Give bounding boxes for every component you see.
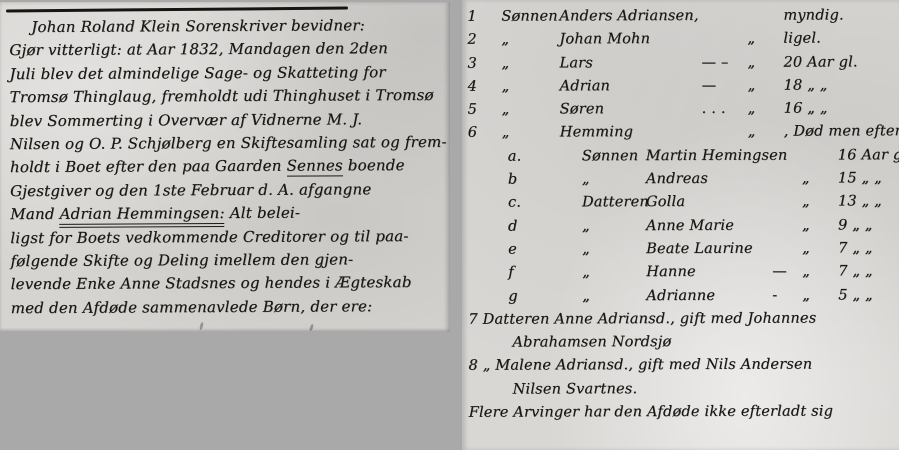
dash-mark (772, 238, 802, 261)
heirs-list: 1SønnenAnders Adriansen,myndig. 2„Johan … (462, 4, 899, 425)
prose-text: Nilsen Svartnes. (463, 378, 638, 402)
dash-mark (772, 144, 802, 167)
age-value: 18 „ „ (784, 74, 899, 98)
heir-name: Adrian (560, 75, 702, 99)
heir-row: 6„Hemming„, Død men efterladt sig: (462, 121, 899, 146)
kinship-label: Sønnen (582, 145, 646, 169)
row-letter: d (462, 215, 582, 239)
row-number: 6 (462, 122, 502, 145)
ditto-mark: „ (802, 284, 838, 307)
line-segment: holdt i Boet efter den paa Gaarden (10, 157, 287, 176)
row-letter: f (462, 262, 582, 286)
right-manuscript-page: 1SønnenAnders Adriansen,myndig. 2„Johan … (462, 0, 899, 450)
prose-text: Flere Arvinger har den Afdøde ikke efter… (463, 401, 834, 426)
underlined-person-name: Adrian Hemmingsen: (60, 204, 225, 228)
heir-name: Johan Mohn (559, 28, 701, 52)
kinship-label: „ (582, 238, 646, 262)
left-page-text: Johan Roland Klein Sorenskriver bevidner… (0, 14, 447, 320)
row-letter: a. (462, 145, 582, 169)
dash-mark (701, 5, 747, 28)
dash-mark: . . . (702, 98, 748, 121)
row-letter: b (462, 168, 582, 192)
line-segment: boende (343, 156, 405, 174)
prose-text: 7 Datteren Anne Adriansd., gift med Joha… (462, 307, 816, 332)
ditto-mark: „ (747, 51, 783, 74)
ditto-mark: „ (802, 168, 838, 191)
ditto-mark: „ (802, 261, 838, 284)
row-letter: e (462, 238, 582, 262)
prose-line: 7 Datteren Anne Adriansd., gift med Joha… (462, 307, 899, 332)
ditto-mark (747, 5, 783, 28)
manuscript-line: blev Sommerting i Overvær af Vidnerne M.… (0, 107, 446, 133)
manuscript-line: Gjør vitterligt: at Aar 1832, Mandagen d… (0, 37, 445, 63)
dash-mark: — (772, 261, 802, 284)
kinship-label: „ (582, 261, 646, 285)
manuscript-line: ligst for Boets vedkommende Creditorer o… (0, 224, 446, 250)
manuscript-line: Gjestgiver og den 1ste Februar d. A. afg… (0, 178, 446, 204)
row-number: 2 (462, 29, 501, 52)
ink-speck (309, 324, 314, 332)
age-value: 7 „ „ (838, 237, 899, 261)
prose-line: Nilsen Svartnes. (463, 377, 899, 402)
row-number: 5 (462, 99, 502, 122)
ditto-mark: „ (802, 237, 838, 260)
underlined-farm-name: Sennes (287, 157, 343, 177)
heir-row: 5„Søren. . .„16 „ „ (462, 97, 899, 122)
heir-name: Anders Adriansen, (559, 5, 701, 29)
line-segment: Alt belei- (225, 204, 301, 222)
age-value: ligel. (783, 28, 898, 52)
kinship-label: „ (502, 99, 560, 122)
grandchild-row: d„Anne Marie„9 „ „ (462, 214, 899, 239)
manuscript-line: Tromsø Thinglaug, fremholdt udi Thinghus… (0, 84, 446, 110)
ditto-mark: „ (748, 121, 784, 144)
kinship-label: „ (502, 75, 560, 98)
grandchild-row: e„Beate Laurine„7 „ „ (462, 237, 899, 262)
age-value: 15 „ „ (838, 167, 899, 191)
heir-name: Adrianne (646, 284, 772, 308)
kinship-label: „ (501, 29, 559, 52)
heir-name: Hemming (560, 121, 702, 145)
grandchild-row: f„Hanne—„7 „ „ (462, 261, 899, 286)
age-value: 16 Aar gl. (838, 144, 899, 168)
ruled-line (6, 7, 348, 13)
heir-name: Golla (646, 191, 772, 215)
age-value: 16 „ „ (784, 97, 899, 121)
kinship-label: „ (582, 168, 646, 192)
grandchild-row: a.SønnenMartin Hemingsen16 Aar gl. (462, 144, 899, 169)
left-manuscript-page: Johan Roland Klein Sorenskriver bevidner… (0, 2, 450, 332)
prose-line: Flere Arvinger har den Afdøde ikke efter… (463, 400, 899, 425)
kinship-label: „ (582, 215, 646, 239)
ditto-mark: „ (802, 191, 838, 214)
ditto-mark: „ (748, 98, 784, 121)
kinship-label: „ (502, 122, 560, 145)
manuscript-line: Johan Roland Klein Sorenskriver bevidner… (0, 14, 445, 40)
prose-line: Abrahamsen Nordsjø (462, 330, 899, 355)
grandchild-row: c.DatterenGolla„13 „ „ (462, 191, 899, 216)
dash-mark (772, 214, 802, 237)
line-segment: Mand (10, 205, 59, 223)
heir-row: 1SønnenAnders Adriansen,myndig. (462, 4, 898, 29)
row-number: 4 (462, 76, 502, 99)
dash-mark: — – (701, 51, 747, 74)
prose-text: 8 „ Malene Adriansd., gift med Nils Ande… (462, 354, 812, 379)
age-value: 7 „ „ (838, 261, 899, 285)
ink-speck (199, 322, 204, 331)
dash-mark (772, 191, 802, 214)
manuscript-line: levende Enke Anne Stadsnes og hendes i Æ… (1, 271, 447, 297)
kinship-label: Datteren (582, 191, 646, 215)
ditto-mark: „ (748, 75, 784, 98)
row-letter: c. (462, 192, 582, 216)
row-number: 1 (462, 6, 501, 29)
heir-name: Lars (559, 52, 701, 76)
heir-row: 4„Adrian—„18 „ „ (462, 74, 899, 99)
heir-row: 2„Johan Mohn„ligel. (462, 28, 898, 53)
heir-name: Anne Marie (646, 214, 772, 238)
age-value: 9 „ „ (838, 214, 899, 238)
heir-name: Beate Laurine (646, 238, 772, 262)
manuscript-line: med den Afdøde sammenavlede Børn, der er… (1, 295, 447, 321)
prose-line: 8 „ Malene Adriansd., gift med Nils Ande… (462, 354, 899, 379)
manuscript-line: Nilsen og O. P. Schjølberg en Skiftesaml… (0, 131, 446, 157)
kinship-label: „ (501, 52, 559, 75)
dash-mark (772, 168, 802, 191)
manuscript-line: holdt i Boet efter den paa Gaarden Senne… (0, 154, 446, 180)
dash-mark: — (702, 75, 748, 98)
heir-name: Martin Hemingsen (646, 144, 772, 168)
heir-name: Søren (560, 98, 702, 122)
age-value: , Død men efterladt sig: (784, 120, 899, 144)
age-value: 5 „ „ (838, 284, 899, 308)
heir-name: Andreas (646, 168, 772, 192)
kinship-label: „ (582, 285, 646, 309)
heir-row: 3„Lars— –„20 Aar gl. (462, 51, 899, 76)
age-value: 20 Aar gl. (783, 51, 898, 75)
ditto-mark: „ (802, 214, 838, 237)
ditto-mark (802, 144, 838, 167)
heir-name: Hanne (646, 261, 772, 285)
row-letter: g (462, 285, 582, 309)
dash-mark (702, 121, 748, 144)
manuscript-line: Mand Adrian Hemmingsen: Alt belei- (0, 201, 446, 227)
kinship-label: Sønnen (501, 5, 559, 28)
age-value: myndig. (783, 4, 898, 28)
manuscript-line: Juli blev det almindelige Sage- og Skatt… (0, 61, 446, 87)
ditto-mark: „ (747, 28, 783, 51)
prose-text: Abrahamsen Nordsjø (462, 331, 671, 355)
row-number: 3 (462, 52, 502, 75)
grandchild-row: b„Andreas„15 „ „ (462, 167, 899, 192)
manuscript-line: følgende Skifte og Deling imellem den gj… (0, 248, 446, 274)
scanned-document: Johan Roland Klein Sorenskriver bevidner… (0, 0, 899, 450)
grandchild-row: g„Adrianne-„5 „ „ (462, 284, 899, 309)
dash-mark (701, 28, 747, 51)
age-value: 13 „ „ (838, 191, 899, 215)
dash-mark: - (772, 284, 802, 307)
